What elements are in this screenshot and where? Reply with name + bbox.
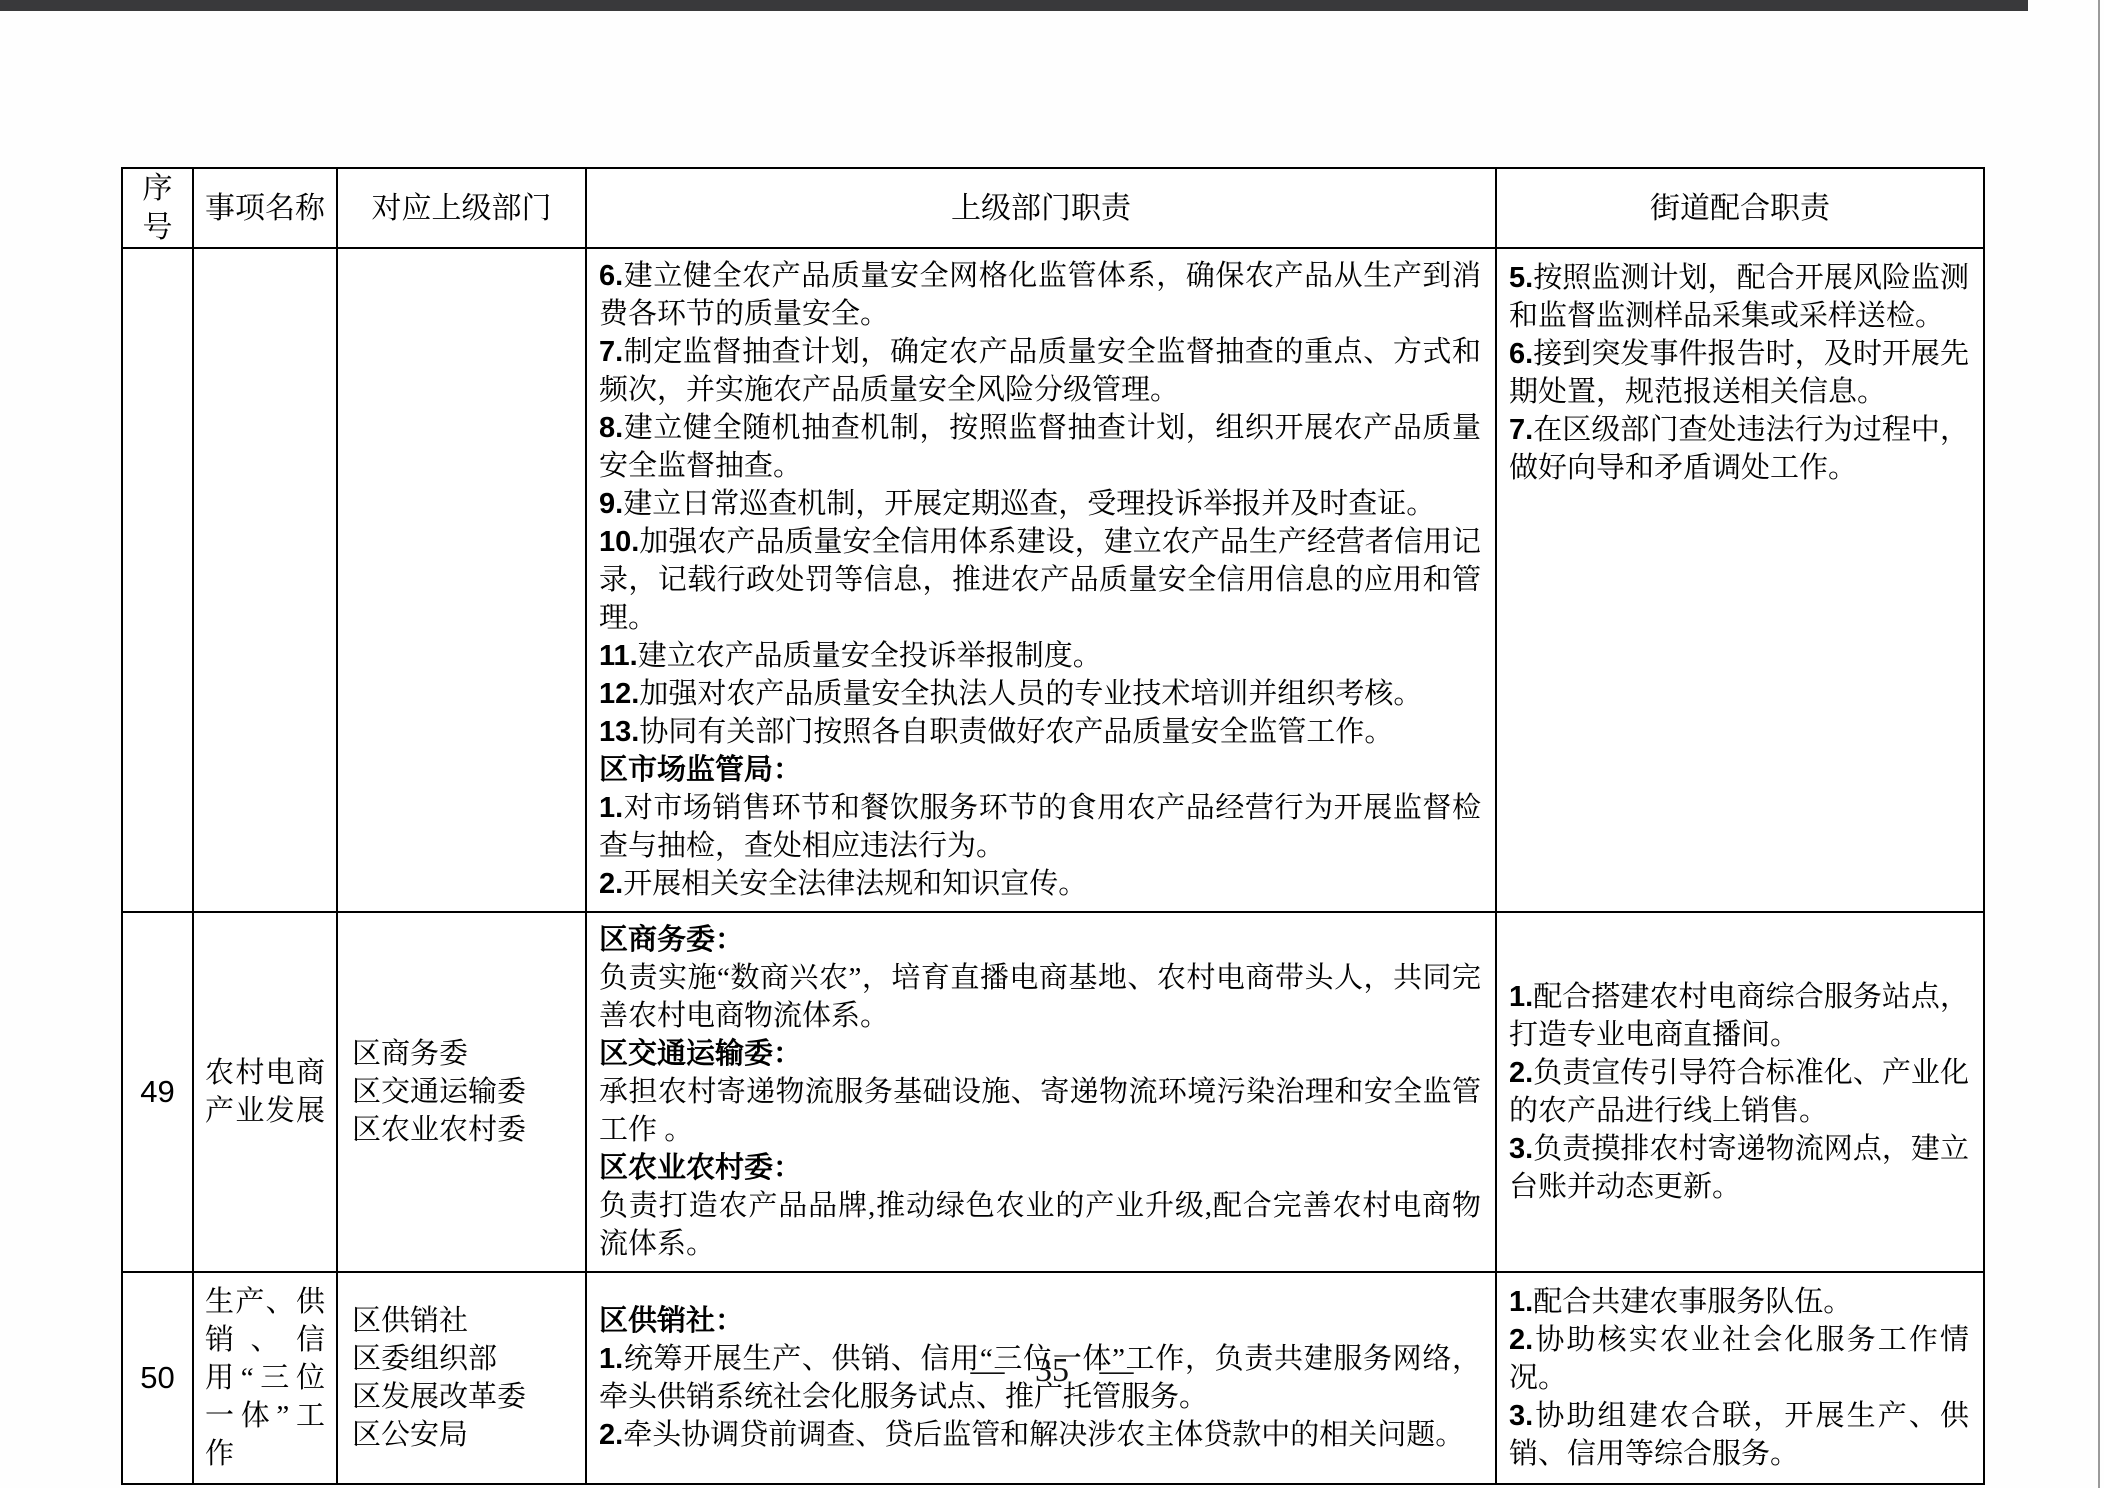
item-number: 6. [1509,338,1533,370]
column-header-label: 街道配合职责 [1650,189,1830,228]
dept-heading: 区市场监管局： [599,751,1481,789]
item-number: 5. [1509,262,1533,294]
item-number: 1. [599,792,623,824]
duty-text: 开展相关安全法律法规和知识宣传。 [623,868,1087,900]
duty-table: 序号事项名称对应上级部门上级部门职责街道配合职责 6.建立健全农产品质量安全网格… [121,167,1985,1485]
item-number: 9. [599,488,623,520]
departments-cell [337,248,586,912]
duty-item: 3.负责摸排农村寄递物流网点，建立台账并动态更新。 [1509,1130,1969,1206]
duty-item: 7.在区级部门查处违法行为过程中，做好向导和矛盾调处工作。 [1509,411,1969,487]
table-body: 6.建立健全农产品质量安全网格化监管体系，确保农产品从生产到消费各环节的质量安全… [122,248,1984,1484]
item-number: 8. [599,412,623,444]
window-top-edge [0,0,2028,11]
dept-heading: 区农业农村委： [599,1149,1481,1187]
item-number: 10. [599,526,639,558]
seq-number: 49 [140,1074,174,1109]
item-number: 11. [599,640,638,672]
column-header-label: 上级部门职责 [951,189,1131,228]
item-number: 7. [1509,414,1533,446]
superior-duties-cell: 区商务委：负责实施“数商兴农”，培育直播电商基地、农村电商带头人，共同完善农村电… [586,912,1496,1272]
department: 区供销社 [352,1302,579,1340]
item-name-cell: 农村电商产业发展 [193,912,337,1272]
page-number: — 35 — [0,1352,2104,1390]
column-header: 对应上级部门 [337,168,586,248]
duty-item: 6.建立健全农产品质量安全网格化监管体系，确保农产品从生产到消费各环节的质量安全… [599,257,1481,333]
item-number: 3. [1509,1133,1533,1165]
duty-text: 负责宣传引导符合标准化、产业化的农产品进行线上销售。 [1509,1057,1969,1127]
item-name: 农村电商产业发展 [205,1057,325,1127]
duty-text: 加强农产品质量安全信用体系建设，建立农产品生产经营者信用记录，记载行政处罚等信息… [599,526,1481,634]
street-duties-cell: 5.按照监测计划，配合开展风险监测和监督监测样品采集或采样送检。6.接到突发事件… [1496,248,1984,912]
item-number: 7. [599,336,623,368]
item-number: 2. [599,1419,623,1451]
duty-item: 6.接到突发事件报告时，及时开展先期处置，规范报送相关信息。 [1509,335,1969,411]
duty-item: 1.配合共建农事服务队伍。 [1509,1283,1969,1321]
header-row: 序号事项名称对应上级部门上级部门职责街道配合职责 [122,168,1984,248]
duty-text: 区农业农村委： [599,1152,802,1184]
duty-text: 负责实施“数商兴农”，培育直播电商基地、农村电商带头人，共同完善农村电商物流体系… [599,962,1481,1032]
duty-text: 区交通运输委： [599,1038,802,1070]
item-number: 2. [599,868,623,900]
duty-text: 在区级部门查处违法行为过程中，做好向导和矛盾调处工作。 [1509,414,1969,484]
column-header-label: 对应上级部门 [372,189,552,228]
duty-item: 10.加强农产品质量安全信用体系建设，建立农产品生产经营者信用记录，记载行政处罚… [599,523,1481,637]
duty-text: 牵头协调贷前调查、贷后监管和解决涉农主体贷款中的相关问题。 [623,1419,1464,1451]
column-header-label: 事项名称 [205,189,325,228]
table-row: 49农村电商产业发展区商务委区交通运输委区农业农村委区商务委：负责实施“数商兴农… [122,912,1984,1272]
column-header: 上级部门职责 [586,168,1496,248]
dept-heading: 区交通运输委： [599,1035,1481,1073]
duty-item: 承担农村寄递物流服务基础设施、寄递物流环境污染治理和安全监管工作 。 [599,1073,1481,1149]
department: 区商务委 [352,1035,579,1073]
duty-item: 2.开展相关安全法律法规和知识宣传。 [599,865,1481,903]
column-header: 事项名称 [193,168,337,248]
duty-text: 协助组建农合联，开展生产、供销、信用等综合服务。 [1509,1400,1969,1470]
duty-text: 建立日常巡查机制，开展定期巡查，受理投诉举报并及时查证。 [623,488,1435,520]
column-header: 序号 [122,168,193,248]
column-header: 街道配合职责 [1496,168,1984,248]
duty-text: 建立健全农产品质量安全网格化监管体系，确保农产品从生产到消费各环节的质量安全。 [599,260,1481,330]
duty-text: 配合共建农事服务队伍。 [1533,1286,1852,1318]
dept-heading: 区供销社： [599,1302,1481,1340]
duty-text: 区商务委： [599,924,744,956]
item-number: 1. [1509,1286,1533,1318]
duty-item: 9.建立日常巡查机制，开展定期巡查，受理投诉举报并及时查证。 [599,485,1481,523]
item-name-cell [193,248,337,912]
duty-text: 制定监督抽查计划，确定农产品质量安全监督抽查的重点、方式和频次，并实施农产品质量… [599,336,1481,406]
duty-item: 2.负责宣传引导符合标准化、产业化的农产品进行线上销售。 [1509,1054,1969,1130]
duty-item: 7.制定监督抽查计划，确定农产品质量安全监督抽查的重点、方式和频次，并实施农产品… [599,333,1481,409]
window-right-edge [2098,0,2100,1488]
duty-item: 3.协助组建农合联，开展生产、供销、信用等综合服务。 [1509,1397,1969,1473]
duty-item: 1.对市场销售环节和餐饮服务环节的食用农产品经营行为开展监督检查与抽检，查处相应… [599,789,1481,865]
item-number: 1. [1509,981,1533,1013]
dept-heading: 区商务委： [599,921,1481,959]
duty-text: 对市场销售环节和餐饮服务环节的食用农产品经营行为开展监督检查与抽检，查处相应违法… [599,792,1481,862]
seq-cell: 49 [122,912,193,1272]
duty-item: 8.建立健全随机抽查机制，按照监督抽查计划，组织开展农产品质量安全监督抽查。 [599,409,1481,485]
department: 区农业农村委 [352,1111,579,1149]
item-number: 13. [599,716,639,748]
item-number: 6. [599,260,623,292]
duty-text: 区市场监管局： [599,754,802,786]
item-number: 3. [1509,1400,1533,1432]
duty-text: 区供销社： [599,1305,744,1337]
department: 区公安局 [352,1416,579,1454]
document-page: 序号事项名称对应上级部门上级部门职责街道配合职责 6.建立健全农产品质量安全网格… [0,0,2104,1488]
duty-text: 负责摸排农村寄递物流网点，建立台账并动态更新。 [1509,1133,1969,1203]
column-header-label: 序号 [140,169,175,247]
departments-cell: 区商务委区交通运输委区农业农村委 [337,912,586,1272]
superior-duties-cell: 6.建立健全农产品质量安全网格化监管体系，确保农产品从生产到消费各环节的质量安全… [586,248,1496,912]
table-row: 6.建立健全农产品质量安全网格化监管体系，确保农产品从生产到消费各环节的质量安全… [122,248,1984,912]
duty-text: 接到突发事件报告时，及时开展先期处置，规范报送相关信息。 [1509,338,1969,408]
duty-item: 12.加强对农产品质量安全执法人员的专业技术培训并组织考核。 [599,675,1481,713]
duty-text: 加强对农产品质量安全执法人员的专业技术培训并组织考核。 [639,678,1422,710]
item-number: 2. [1509,1057,1533,1089]
duty-text: 按照监测计划，配合开展风险监测和监督监测样品采集或采样送检。 [1509,262,1969,332]
duty-item: 负责打造农产品品牌,推动绿色农业的产业升级,配合完善农村电商物流体系。 [599,1187,1481,1263]
department: 区交通运输委 [352,1073,579,1111]
duty-text: 建立农产品质量安全投诉举报制度。 [638,640,1102,672]
duty-text: 协同有关部门按照各自职责做好农产品质量安全监管工作。 [639,716,1393,748]
duty-item: 2.牵头协调贷前调查、贷后监管和解决涉农主体贷款中的相关问题。 [599,1416,1481,1454]
duty-item: 1.配合搭建农村电商综合服务站点，打造专业电商直播间。 [1509,978,1969,1054]
seq-cell [122,248,193,912]
duty-text: 负责打造农产品品牌,推动绿色农业的产业升级,配合完善农村电商物流体系。 [599,1190,1481,1260]
duty-item: 5.按照监测计划，配合开展风险监测和监督监测样品采集或采样送检。 [1509,259,1969,335]
duty-item: 13.协同有关部门按照各自职责做好农产品质量安全监管工作。 [599,713,1481,751]
item-number: 12. [599,678,639,710]
street-duties-cell: 1.配合搭建农村电商综合服务站点，打造专业电商直播间。2.负责宣传引导符合标准化… [1496,912,1984,1272]
duty-text: 建立健全随机抽查机制，按照监督抽查计划，组织开展农产品质量安全监督抽查。 [599,412,1481,482]
duty-text: 配合搭建农村电商综合服务站点，打造专业电商直播间。 [1509,981,1969,1051]
duty-text: 承担农村寄递物流服务基础设施、寄递物流环境污染治理和安全监管工作 。 [599,1076,1481,1146]
duty-item: 负责实施“数商兴农”，培育直播电商基地、农村电商带头人，共同完善农村电商物流体系… [599,959,1481,1035]
duty-item: 11.建立农产品质量安全投诉举报制度。 [599,637,1481,675]
